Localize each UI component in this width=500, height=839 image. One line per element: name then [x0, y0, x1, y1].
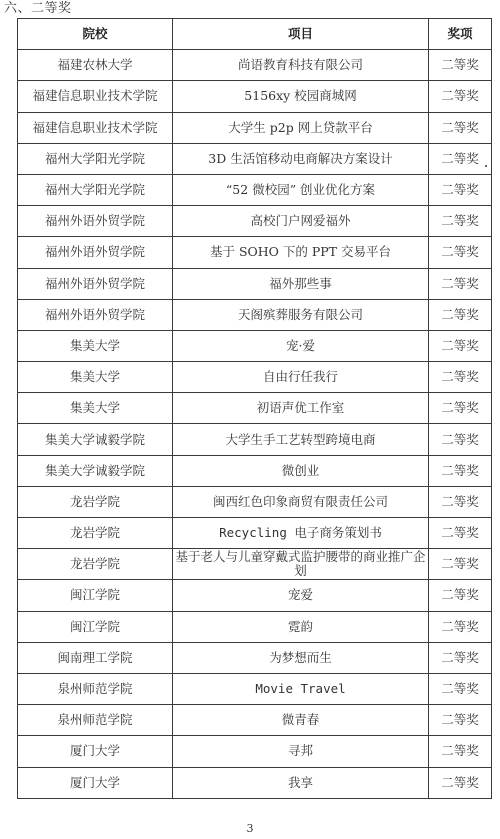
table-row: 集美大学诚毅学院微创业二等奖 — [18, 455, 492, 486]
cell-school: 厦门大学 — [18, 767, 173, 798]
table-row: 集美大学自由行任我行二等奖 — [18, 362, 492, 393]
table-row: 龙岩学院Recycling 电子商务策划书二等奖 — [18, 518, 492, 549]
table-row: 集美大学初语声优工作室二等奖 — [18, 393, 492, 424]
cell-award: 二等奖 — [429, 143, 492, 174]
cell-award: 二等奖 — [429, 455, 492, 486]
cell-award: 二等奖 — [429, 424, 492, 455]
cell-project: 微青春 — [173, 705, 429, 736]
cell-project: 微创业 — [173, 455, 429, 486]
cell-award: 二等奖 — [429, 81, 492, 112]
cell-project: 基于老人与儿童穿戴式监护腰带的商业推广企划 — [173, 549, 429, 580]
cell-school: 福建信息职业技术学院 — [18, 112, 173, 143]
table-row: 集美大学诚毅学院大学生手工艺转型跨境电商二等奖 — [18, 424, 492, 455]
cell-project: 寻邦 — [173, 736, 429, 767]
table-row: 福建信息职业技术学院5156xy 校园商城网二等奖 — [18, 81, 492, 112]
cell-project: 霓韵 — [173, 611, 429, 642]
cell-project: Recycling 电子商务策划书 — [173, 518, 429, 549]
cell-school: 福州外语外贸学院 — [18, 237, 173, 268]
cell-school: 集美大学 — [18, 393, 173, 424]
cell-project: 为梦想而生 — [173, 642, 429, 673]
header-school: 院校 — [18, 19, 173, 50]
cell-project: Movie Travel — [173, 673, 429, 704]
table-row: 福州大学阳光学院3D 生活馆移动电商解决方案设计二等奖 — [18, 143, 492, 174]
cell-school: 福州大学阳光学院 — [18, 143, 173, 174]
cell-project: 尚语教育科技有限公司 — [173, 50, 429, 81]
cell-project: 天阁殡葬服务有限公司 — [173, 299, 429, 330]
cell-award: 二等奖 — [429, 393, 492, 424]
page-number: 3 — [0, 822, 500, 835]
cell-project: 宠爱 — [173, 580, 429, 611]
cell-award: 二等奖 — [429, 549, 492, 580]
table-row: 福州外语外贸学院基于 SOHO 下的 PPT 交易平台二等奖 — [18, 237, 492, 268]
cell-award: 二等奖 — [429, 673, 492, 704]
table-row: 闽江学院宠爱二等奖 — [18, 580, 492, 611]
cell-project: 闽西红色印象商贸有限责任公司 — [173, 486, 429, 517]
awards-table: 院校 项目 奖项 福建农林大学尚语教育科技有限公司二等奖 福建信息职业技术学院5… — [17, 18, 492, 799]
cell-school: 龙岩学院 — [18, 549, 173, 580]
cell-school: 厦门大学 — [18, 736, 173, 767]
cell-award: 二等奖 — [429, 330, 492, 361]
cell-project: 大学生 p2p 网上贷款平台 — [173, 112, 429, 143]
cell-award: 二等奖 — [429, 299, 492, 330]
cell-project: 福外那些事 — [173, 268, 429, 299]
table-row: 福建信息职业技术学院大学生 p2p 网上贷款平台二等奖 — [18, 112, 492, 143]
cell-project: 3D 生活馆移动电商解决方案设计 — [173, 143, 429, 174]
cell-school: 龙岩学院 — [18, 518, 173, 549]
table-row: 泉州师范学院Movie Travel二等奖 — [18, 673, 492, 704]
cell-award: 二等奖 — [429, 237, 492, 268]
header-award: 奖项 — [429, 19, 492, 50]
cell-project: 大学生手工艺转型跨境电商 — [173, 424, 429, 455]
cell-award: 二等奖 — [429, 206, 492, 237]
table-row: 闽南理工学院为梦想而生二等奖 — [18, 642, 492, 673]
section-title: 六、二等奖 — [4, 0, 72, 18]
cell-school: 闽南理工学院 — [18, 642, 173, 673]
table-row: 福州外语外贸学院福外那些事二等奖 — [18, 268, 492, 299]
cell-school: 福建农林大学 — [18, 50, 173, 81]
scan-artifact-dot — [485, 165, 487, 167]
table-row: 福州外语外贸学院天阁殡葬服务有限公司二等奖 — [18, 299, 492, 330]
cell-project: “52 微校园” 创业优化方案 — [173, 174, 429, 205]
cell-project: 高校门户网爱福外 — [173, 206, 429, 237]
table-row: 龙岩学院闽西红色印象商贸有限责任公司二等奖 — [18, 486, 492, 517]
cell-award: 二等奖 — [429, 486, 492, 517]
cell-school: 集美大学 — [18, 330, 173, 361]
cell-school: 福州大学阳光学院 — [18, 174, 173, 205]
cell-school: 福州外语外贸学院 — [18, 268, 173, 299]
table-row: 厦门大学我享二等奖 — [18, 767, 492, 798]
cell-award: 二等奖 — [429, 112, 492, 143]
cell-award: 二等奖 — [429, 611, 492, 642]
cell-award: 二等奖 — [429, 580, 492, 611]
cell-school: 泉州师范学院 — [18, 705, 173, 736]
cell-award: 二等奖 — [429, 268, 492, 299]
table-header-row: 院校 项目 奖项 — [18, 19, 492, 50]
cell-project: 初语声优工作室 — [173, 393, 429, 424]
cell-school: 闽江学院 — [18, 580, 173, 611]
cell-school: 福州外语外贸学院 — [18, 299, 173, 330]
cell-school: 闽江学院 — [18, 611, 173, 642]
cell-project: 我享 — [173, 767, 429, 798]
table-row: 福州外语外贸学院高校门户网爱福外二等奖 — [18, 206, 492, 237]
cell-award: 二等奖 — [429, 362, 492, 393]
cell-award: 二等奖 — [429, 705, 492, 736]
table-row: 福建农林大学尚语教育科技有限公司二等奖 — [18, 50, 492, 81]
table-row: 厦门大学寻邦二等奖 — [18, 736, 492, 767]
cell-award: 二等奖 — [429, 518, 492, 549]
cell-award: 二等奖 — [429, 767, 492, 798]
cell-project: 宠·爱 — [173, 330, 429, 361]
cell-project: 基于 SOHO 下的 PPT 交易平台 — [173, 237, 429, 268]
cell-award: 二等奖 — [429, 642, 492, 673]
cell-school: 龙岩学院 — [18, 486, 173, 517]
cell-award: 二等奖 — [429, 50, 492, 81]
table-row: 福州大学阳光学院“52 微校园” 创业优化方案二等奖 — [18, 174, 492, 205]
cell-project: 自由行任我行 — [173, 362, 429, 393]
cell-school: 福州外语外贸学院 — [18, 206, 173, 237]
table-row: 闽江学院霓韵二等奖 — [18, 611, 492, 642]
cell-school: 集美大学诚毅学院 — [18, 424, 173, 455]
table-body: 福建农林大学尚语教育科技有限公司二等奖 福建信息职业技术学院5156xy 校园商… — [18, 50, 492, 799]
header-project: 项目 — [173, 19, 429, 50]
cell-school: 集美大学 — [18, 362, 173, 393]
table-row: 龙岩学院基于老人与儿童穿戴式监护腰带的商业推广企划二等奖 — [18, 549, 492, 580]
cell-school: 泉州师范学院 — [18, 673, 173, 704]
cell-award: 二等奖 — [429, 174, 492, 205]
cell-award: 二等奖 — [429, 736, 492, 767]
cell-school: 福建信息职业技术学院 — [18, 81, 173, 112]
table-row: 泉州师范学院微青春二等奖 — [18, 705, 492, 736]
cell-project: 5156xy 校园商城网 — [173, 81, 429, 112]
cell-school: 集美大学诚毅学院 — [18, 455, 173, 486]
table-row: 集美大学宠·爱二等奖 — [18, 330, 492, 361]
